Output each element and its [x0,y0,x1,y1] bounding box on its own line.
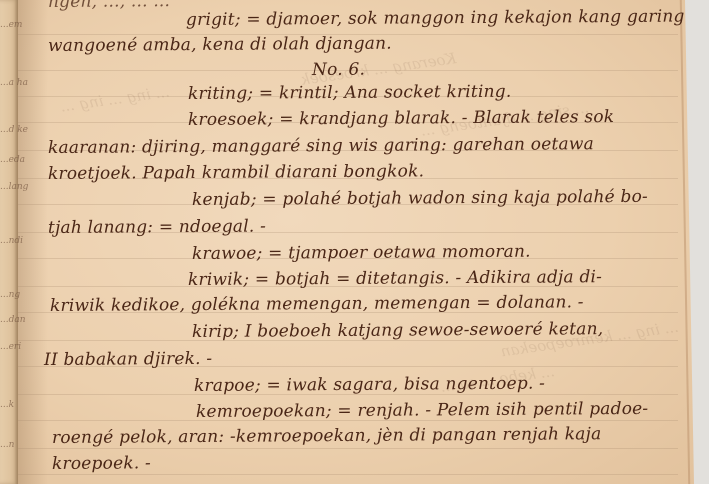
margin-fragment: ...lang [0,182,28,192]
entry-number-heading: No. 6. [312,60,365,80]
text-line: kroepoek. - [52,453,151,474]
margin-fragment: ...eda [0,155,25,165]
margin-fragment: ...ng [0,290,20,300]
text-line-partial: ngen, ..., ... ... [48,0,170,12]
text-line: wangoené amba, kena di olah djangan. [48,34,392,56]
text-line: kriwik kedikoe, golékna memengan, memeng… [50,292,584,316]
ruled-line [18,474,678,475]
text-line: grigit; = djamoer, sok manggon ing kekaj… [186,7,685,30]
text-line: kemroepoekan; = renjah. - Pelem isih pen… [196,399,648,422]
text-line: tjah lanang: = ndoegal. - [48,216,266,238]
text-line: kroesoek; = krandjang blarak. - Blarak t… [188,107,614,130]
text-line: kaaranan: djiring, manggaré sing wis gar… [48,134,594,158]
margin-fragment: ...n [0,440,14,450]
margin-fragment: ...eri [0,342,21,352]
margin-fragment: ...ndi [0,236,23,246]
margin-fragment: ...a ha [0,78,28,88]
text-line: kirip; I boeboeh katjang sewoe-sewoeré k… [192,319,603,342]
ruled-line [18,448,678,449]
text-line: kriting; = krintil; Ana socket kriting. [188,82,512,104]
text-line: kroetjoek. Papah krambil diarani bongkok… [48,161,424,184]
margin-fragment: ...d ke [0,125,28,135]
text-line: krawoe; = tjampoer oetawa momoran. [192,242,531,264]
margin-fragment: ...dan [0,315,26,325]
text-line: krapoe; = iwak sagara, bisa ngentoep. - [194,374,545,396]
text-line: kriwik; = botjah = ditetangis. - Adikira… [188,267,602,290]
text-line: roengé pelok, aran: -kemroepoekan, jèn d… [52,424,602,448]
margin-fragment: ...em [0,20,22,30]
text-line: kenjab; = polahé botjah wadon sing kaja … [192,187,648,210]
text-line: II babakan djirek. - [44,349,212,370]
margin-fragment: ...k [0,400,14,410]
